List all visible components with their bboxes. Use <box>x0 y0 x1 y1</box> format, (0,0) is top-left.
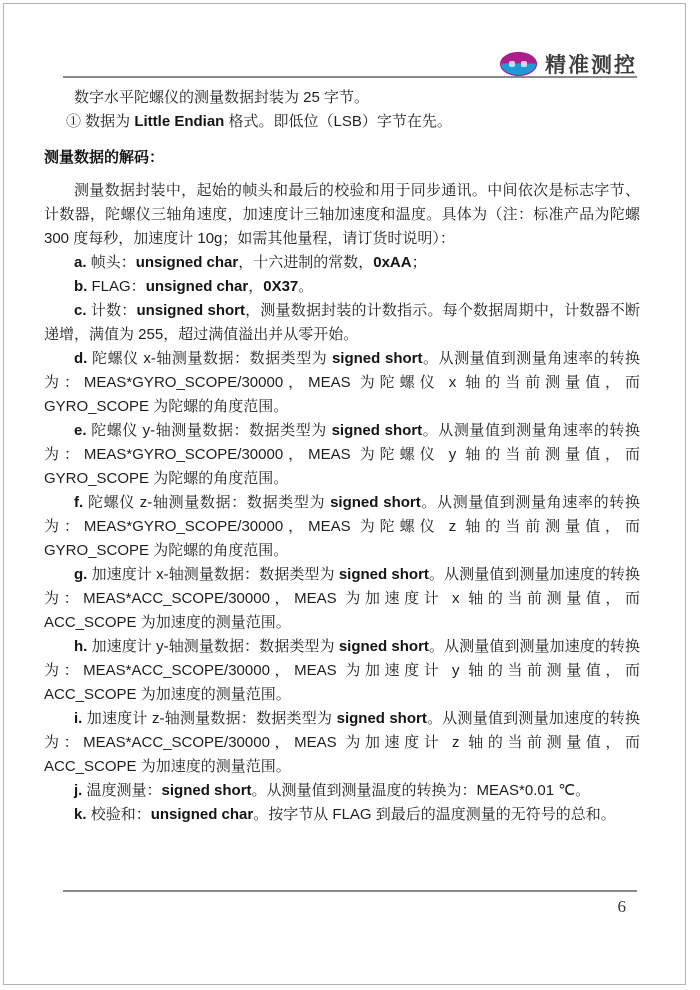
intro-paragraph: 测量数据封装中，起始的帧头和最后的校验和用于同步通讯。中间依次是标志字节、计数器… <box>44 179 640 251</box>
page-number: 6 <box>618 897 627 917</box>
document-page: 精准测控 数字水平陀螺仪的测量数据封装为 25 字节。 ① 数据为 Little… <box>0 0 700 990</box>
item-h-acc-y: h. 加速度计 y-轴测量数据：数据类型为 signed short。从测量值到… <box>44 635 640 707</box>
item-c-counter: c. 计数：unsigned short，测量数据封装的计数指示。每个数据周期中… <box>44 299 640 347</box>
footer-rule <box>63 890 637 892</box>
intro-line: 数字水平陀螺仪的测量数据封装为 25 字节。 <box>44 86 640 110</box>
item-d-gyro-x: d. 陀螺仪 x-轴测量数据：数据类型为 signed short。从测量值到测… <box>44 347 640 419</box>
item-f-gyro-z: f. 陀螺仪 z-轴测量数据：数据类型为 signed short。从测量值到测… <box>44 491 640 563</box>
logo-right-glyph <box>521 61 527 67</box>
item-b-flag: b. FLAG：unsigned char，0X37。 <box>44 275 640 299</box>
item-a-frame-header: a. 帧头：unsigned char，十六进制的常数，0xAA； <box>44 251 640 275</box>
item-i-acc-z: i. 加速度计 z-轴测量数据：数据类型为 signed short。从测量值到… <box>44 707 640 779</box>
brand-name: 精准测控 <box>545 49 637 79</box>
logo-left-glyph <box>509 61 515 67</box>
page-header-brand: 精准测控 <box>500 49 637 79</box>
item-e-gyro-y: e. 陀螺仪 y-轴测量数据：数据类型为 signed short。从测量值到测… <box>44 419 640 491</box>
item-g-acc-x: g. 加速度计 x-轴测量数据：数据类型为 signed short。从测量值到… <box>44 563 640 635</box>
page-body: 数字水平陀螺仪的测量数据封装为 25 字节。 ① 数据为 Little Endi… <box>44 86 640 827</box>
item-k-checksum: k. 校验和：unsigned char。按字节从 FLAG 到最后的温度测量的… <box>44 803 640 827</box>
endian-note-line: ① 数据为 Little Endian 格式。即低位（LSB）字节在先。 <box>44 110 640 134</box>
header-rule <box>63 76 637 78</box>
brand-logo-icon <box>500 52 537 76</box>
item-j-temperature: j. 温度测量：signed short。从测量值到测量温度的转换为：MEAS*… <box>44 779 640 803</box>
section-heading: 测量数据的解码： <box>44 146 640 170</box>
